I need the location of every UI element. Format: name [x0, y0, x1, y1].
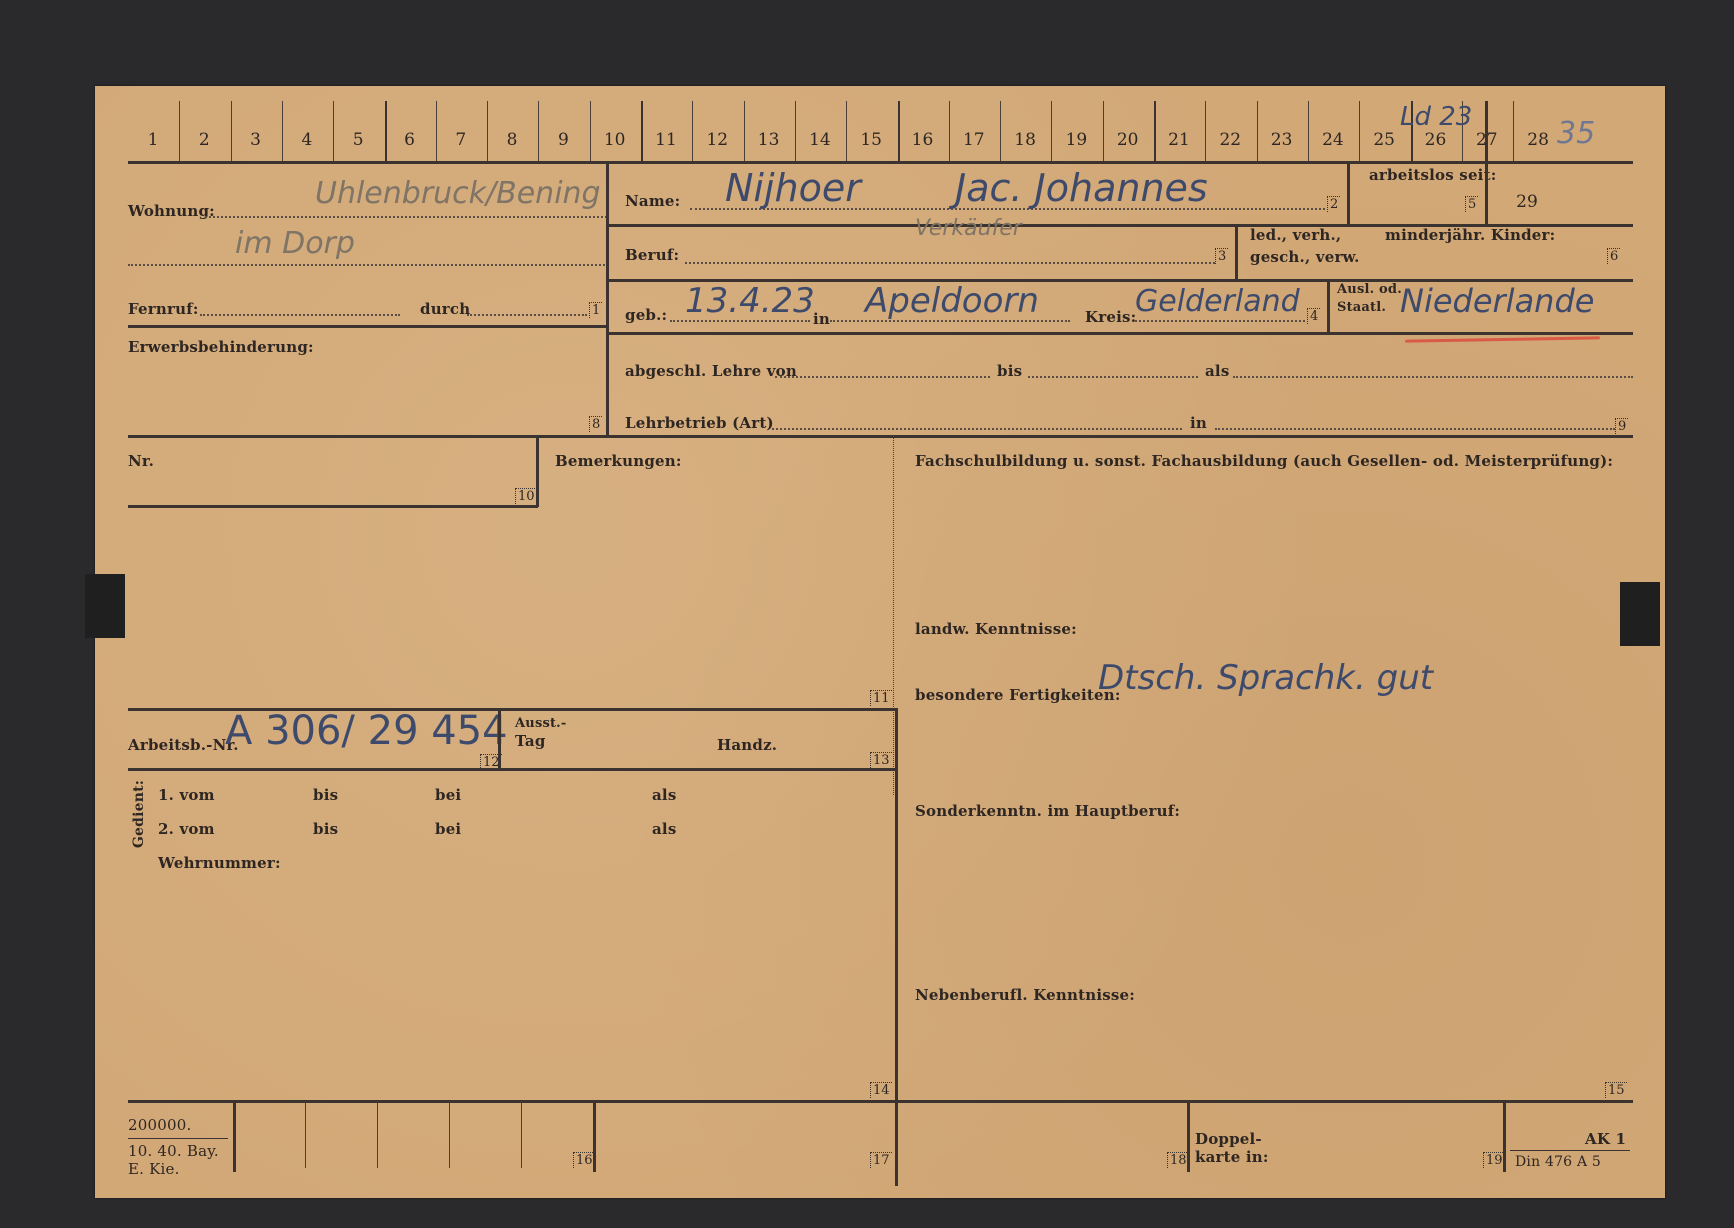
lehre-als: als — [1205, 362, 1229, 380]
nebenberuf-label: Nebenberufl. Kenntnisse: — [915, 986, 1135, 1004]
header-divider — [128, 161, 1633, 164]
header-number-4: 4 — [287, 130, 327, 150]
din-label: Din 476 A 5 — [1515, 1154, 1601, 1170]
staat-value: Niederlande — [1400, 282, 1594, 320]
beruf-line — [685, 262, 1215, 264]
in-line — [1215, 428, 1615, 430]
header-number-14: 14 — [800, 130, 840, 150]
header-number-6: 6 — [390, 130, 430, 150]
header-tick — [692, 101, 693, 161]
box-9: 9 — [1615, 418, 1628, 434]
divider — [1235, 224, 1238, 279]
header-number-20: 20 — [1108, 130, 1148, 150]
header-number-7: 7 — [441, 130, 481, 150]
box-2: 2 — [1327, 196, 1340, 212]
lehrbetrieb-label: Lehrbetrieb (Art) — [625, 414, 774, 432]
box-6: 6 — [1607, 248, 1620, 264]
doppelkarte-label-2: karte in: — [1195, 1148, 1269, 1166]
geb-date: 13.4.23 — [685, 281, 815, 321]
header-number-19: 19 — [1056, 130, 1096, 150]
geb-place: Apeldoorn — [865, 281, 1039, 321]
red-underline — [1405, 336, 1600, 342]
divider — [449, 1102, 450, 1168]
header-tick — [641, 101, 643, 161]
header-number-15: 15 — [851, 130, 891, 150]
header-tick — [1513, 101, 1514, 161]
box-10: 10 — [515, 488, 537, 504]
divider — [1485, 101, 1488, 226]
header-tick — [1000, 101, 1001, 161]
staat-label-2: Staatl. — [1337, 300, 1386, 315]
wehrnummer-label: Wehrnummer: — [158, 854, 281, 872]
ausst-label-1: Ausst.- — [515, 716, 567, 731]
header-number-8: 8 — [492, 130, 532, 150]
gedient-row2-vom: 2. vom — [158, 820, 215, 838]
box-18: 18 — [1167, 1152, 1189, 1168]
header-tick — [846, 101, 847, 161]
fernruf-label: Fernruf: — [128, 300, 199, 318]
lehrbetrieb-line — [772, 428, 1182, 430]
header-number-25: 25 — [1364, 130, 1404, 150]
lehre-label: abgeschl. Lehre von — [625, 362, 797, 380]
header-tick — [590, 101, 591, 161]
gedient-row1-vom: 1. vom — [158, 786, 215, 804]
header-number-16: 16 — [903, 130, 943, 150]
fertigkeiten-label: besondere Fertigkeiten: — [915, 686, 1121, 704]
gedient-row2-bei: bei — [435, 820, 461, 838]
divider — [1327, 279, 1330, 334]
arbeitsbuch-label: Arbeitsb.-Nr. — [128, 736, 239, 754]
handz-label: Handz. — [717, 736, 777, 754]
header-tick — [1103, 101, 1104, 161]
header-annotation: Ld 23 — [1400, 102, 1472, 132]
header-number-10: 10 — [595, 130, 635, 150]
rule — [128, 1138, 228, 1139]
name-surname: Nijhoer — [725, 166, 861, 210]
rule — [128, 325, 606, 328]
divider — [521, 1102, 522, 1168]
header-tick — [744, 101, 745, 161]
rule — [128, 768, 898, 771]
header-tick — [1308, 101, 1309, 161]
header-number-23: 23 — [1262, 130, 1302, 150]
header-number-11: 11 — [646, 130, 686, 150]
geb-in-label: in — [813, 310, 830, 328]
gedient-row2-bis: bis — [313, 820, 338, 838]
header-tick — [795, 101, 796, 161]
nr-label: Nr. — [128, 452, 154, 470]
corner-pencil-mark: 35 — [1557, 116, 1595, 151]
familienstand-line2: gesch., verw. — [1250, 248, 1360, 266]
fachschul-label: Fachschulbildung u. sonst. Fachausbildun… — [915, 452, 1613, 470]
divider — [377, 1102, 378, 1168]
divider — [895, 708, 898, 1186]
wohnung-value-1: Uhlenbruck/Bening — [315, 176, 601, 211]
header-tick — [385, 101, 387, 161]
header-number-18: 18 — [1005, 130, 1045, 150]
header-tick — [538, 101, 539, 161]
header-number-2: 2 — [184, 130, 224, 150]
header-number-26: 26 — [1416, 130, 1456, 150]
kreis-label: Kreis: — [1085, 308, 1136, 326]
index-tab-left — [85, 574, 125, 638]
box-1: 1 — [589, 302, 602, 318]
rule — [606, 332, 1633, 335]
durch-line — [467, 314, 587, 316]
header-number-9: 9 — [543, 130, 583, 150]
divider — [1503, 1100, 1506, 1172]
gedient-row2-als: als — [652, 820, 676, 838]
kreis-line — [1135, 320, 1305, 322]
box-11: 11 — [870, 690, 892, 706]
arbeitsbuch-value: A 306/ 29 454 — [225, 708, 508, 754]
header-number-12: 12 — [697, 130, 737, 150]
header-number-22: 22 — [1210, 130, 1250, 150]
wohnung-label: Wohnung: — [128, 202, 215, 220]
header-tick — [487, 101, 488, 161]
registration-card: 1234567891011121314151617181920212223242… — [95, 86, 1665, 1198]
wohnung-line-2 — [128, 264, 608, 266]
header-tick — [333, 101, 334, 161]
ausst-label-2: Tag — [515, 732, 546, 750]
index-tab-right — [1620, 582, 1660, 646]
gedient-row1-als: als — [652, 786, 676, 804]
beruf-value: Verkäufer — [915, 216, 1022, 241]
bis-line — [1028, 376, 1198, 378]
header-tick — [1051, 101, 1052, 161]
wohnung-line-1 — [205, 216, 607, 218]
name-label: Name: — [625, 192, 680, 210]
name-given: Jac. Johannes — [955, 166, 1208, 210]
box-16: 16 — [573, 1152, 595, 1168]
header-number-21: 21 — [1159, 130, 1199, 150]
lehre-line — [775, 376, 990, 378]
rule — [128, 505, 538, 508]
header-number-24: 24 — [1313, 130, 1353, 150]
staat-label-1: Ausl. od. — [1337, 282, 1402, 297]
gedient-side-label: Gedient: — [131, 780, 147, 848]
divider — [536, 435, 539, 507]
fertigkeiten-value: Dtsch. Sprachk. gut — [1098, 658, 1433, 698]
print-line-3: E. Kie. — [128, 1160, 180, 1178]
doppelkarte-label-1: Doppel- — [1195, 1130, 1262, 1148]
divider — [305, 1102, 306, 1168]
gedient-row1-bei: bei — [435, 786, 461, 804]
rule — [1510, 1150, 1630, 1151]
header-number-17: 17 — [954, 130, 994, 150]
lehrbetrieb-in: in — [1190, 414, 1207, 432]
box-8: 8 — [589, 416, 602, 432]
landw-label: landw. Kenntnisse: — [915, 620, 1077, 638]
print-line-2: 10. 40. Bay. — [128, 1142, 219, 1160]
header-tick — [1257, 101, 1258, 161]
header-tick — [1359, 101, 1360, 161]
header-number-5: 5 — [338, 130, 378, 150]
divider — [1347, 161, 1350, 226]
box-19: 19 — [1483, 1152, 1505, 1168]
box-14: 14 — [870, 1082, 892, 1098]
divider — [1187, 1100, 1190, 1172]
header-number-28: 28 — [1518, 130, 1558, 150]
header-tick — [1205, 101, 1206, 161]
divider — [593, 1100, 596, 1172]
print-line-1: 200000. — [128, 1116, 191, 1134]
header-tick — [1154, 101, 1156, 161]
rule — [128, 435, 1633, 438]
header-tick — [179, 101, 180, 161]
beruf-label: Beruf: — [625, 246, 679, 264]
lehre-bis: bis — [997, 362, 1022, 380]
geb-label: geb.: — [625, 306, 667, 324]
durch-label: durch — [420, 300, 470, 318]
header-tick — [231, 101, 232, 161]
number-29: 29 — [1507, 192, 1547, 212]
rule — [128, 1100, 1633, 1103]
fernruf-line — [200, 314, 400, 316]
box-13: 13 — [870, 752, 892, 768]
header-tick — [436, 101, 437, 161]
arbeitslos-label: arbeitslos seit: — [1369, 166, 1496, 184]
form-id: AK 1 — [1585, 1130, 1626, 1148]
header-number-3: 3 — [236, 130, 276, 150]
box-3: 3 — [1215, 248, 1228, 264]
box-15: 15 — [1605, 1082, 1627, 1098]
divider — [233, 1100, 236, 1172]
header-tick — [898, 101, 900, 161]
kinder-label: minderjähr. Kinder: — [1385, 226, 1555, 244]
sonderkennt-label: Sonderkenntn. im Hauptberuf: — [915, 802, 1180, 820]
gedient-row1-bis: bis — [313, 786, 338, 804]
header-number-1: 1 — [133, 130, 173, 150]
divider — [606, 161, 609, 436]
kreis-value: Gelderland — [1135, 284, 1300, 319]
box-4: 4 — [1307, 308, 1320, 324]
wohnung-value-2: im Dorp — [235, 226, 355, 261]
bemerkungen-label: Bemerkungen: — [555, 452, 682, 470]
divider — [498, 708, 501, 770]
erwerbsbehinderung-label: Erwerbsbehinderung: — [128, 338, 314, 356]
header-tick — [282, 101, 283, 161]
header-number-13: 13 — [749, 130, 789, 150]
box-5: 5 — [1465, 196, 1478, 212]
header-tick — [949, 101, 950, 161]
box-17: 17 — [870, 1152, 892, 1168]
als-line — [1233, 376, 1633, 378]
familienstand-line1: led., verh., — [1250, 226, 1341, 244]
